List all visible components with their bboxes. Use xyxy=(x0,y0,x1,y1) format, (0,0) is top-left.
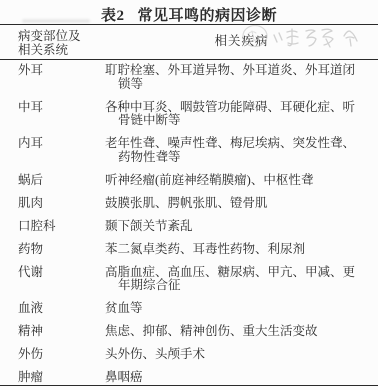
tinnitus-etiology-table: 病变部位及相关系统 相关疾病 外耳 耵聍栓塞、外耳道异物、外耳道炎、外耳道闭锁等… xyxy=(0,24,378,386)
table-row: 精神 焦虑、抑郁、精神创伤、重大生活变故 xyxy=(0,325,378,339)
header-diseases-label: 相关疾病 xyxy=(214,35,268,49)
header-diseases-column: 相关疾病 xyxy=(105,25,378,59)
diseases-cell: 耵聍栓塞、外耳道异物、外耳道炎、外耳道闭锁等 xyxy=(105,64,378,91)
table-row: 蜗后 听神经瘤(前庭神经鞘膜瘤)、中枢性聋 xyxy=(0,174,378,188)
table-row: 血液 贫血等 xyxy=(0,302,378,316)
site-cell: 精神 xyxy=(0,325,105,339)
header-site-column: 病变部位及相关系统 xyxy=(0,25,105,59)
diseases-cell: 头外伤、头颅手术 xyxy=(105,348,378,362)
scan-artifact xyxy=(22,19,90,23)
table-title-text: 常见耳鸣的病因诊断 xyxy=(138,8,278,24)
table-row: 代谢 高脂血症、高血压、糖尿病、甲亢、甲减、更年期综合征 xyxy=(0,266,378,293)
diseases-cell: 各种中耳炎、咽鼓管功能障碍、耳硬化症、听骨链中断等 xyxy=(105,101,378,128)
site-cell: 代谢 xyxy=(0,266,105,293)
site-cell: 血液 xyxy=(0,302,105,316)
table-row: 口腔科 颞下颌关节紊乱 xyxy=(0,220,378,234)
table-row: 药物 苯二氮卓类药、耳毒性药物、利尿剂 xyxy=(0,243,378,257)
diseases-cell: 老年性聋、噪声性聋、梅尼埃病、突发性聋、药物性聋等 xyxy=(105,137,378,164)
site-cell: 内耳 xyxy=(0,137,105,164)
diseases-cell: 鼻咽癌 xyxy=(105,371,378,385)
site-cell: 肌肉 xyxy=(0,197,105,211)
table-row: 内耳 老年性聋、噪声性聋、梅尼埃病、突发性聋、药物性聋等 xyxy=(0,137,378,164)
site-cell: 药物 xyxy=(0,243,105,257)
site-cell: 肿瘤 xyxy=(0,371,105,385)
diseases-cell: 听神经瘤(前庭神经鞘膜瘤)、中枢性聋 xyxy=(105,174,378,188)
scanned-table-page: 表2常见耳鸣的病因诊断 病变部位及相关系统 相关疾病 外耳 耵聍栓塞、外耳道异物… xyxy=(0,0,378,390)
diseases-cell: 贫血等 xyxy=(105,302,378,316)
table-body: 外耳 耵聍栓塞、外耳道异物、外耳道炎、外耳道闭锁等 中耳 各种中耳炎、咽鼓管功能… xyxy=(0,60,378,385)
diseases-cell: 高脂血症、高血压、糖尿病、甲亢、甲减、更年期综合征 xyxy=(105,266,378,293)
table-row: 肿瘤 鼻咽癌 xyxy=(0,371,378,385)
table-row: 外伤 头外伤、头颅手术 xyxy=(0,348,378,362)
diseases-cell: 焦虑、抑郁、精神创伤、重大生活变故 xyxy=(105,325,378,339)
site-cell: 蜗后 xyxy=(0,174,105,188)
table-row: 中耳 各种中耳炎、咽鼓管功能障碍、耳硬化症、听骨链中断等 xyxy=(0,101,378,128)
table-row: 外耳 耵聍栓塞、外耳道异物、外耳道炎、外耳道闭锁等 xyxy=(0,64,378,91)
site-cell: 外伤 xyxy=(0,348,105,362)
table-row: 肌肉 鼓膜张肌、腭帆张肌、镫骨肌 xyxy=(0,197,378,211)
site-cell: 外耳 xyxy=(0,64,105,91)
site-cell: 中耳 xyxy=(0,101,105,128)
site-cell: 口腔科 xyxy=(0,220,105,234)
diseases-cell: 鼓膜张肌、腭帆张肌、镫骨肌 xyxy=(105,197,378,211)
table-header-row: 病变部位及相关系统 相关疾病 xyxy=(0,25,378,60)
diseases-cell: 颞下颌关节紊乱 xyxy=(105,220,378,234)
header-site-label: 病变部位及相关系统 xyxy=(18,30,86,57)
table-number: 表2 xyxy=(101,8,125,24)
diseases-cell: 苯二氮卓类药、耳毒性药物、利尿剂 xyxy=(105,243,378,257)
